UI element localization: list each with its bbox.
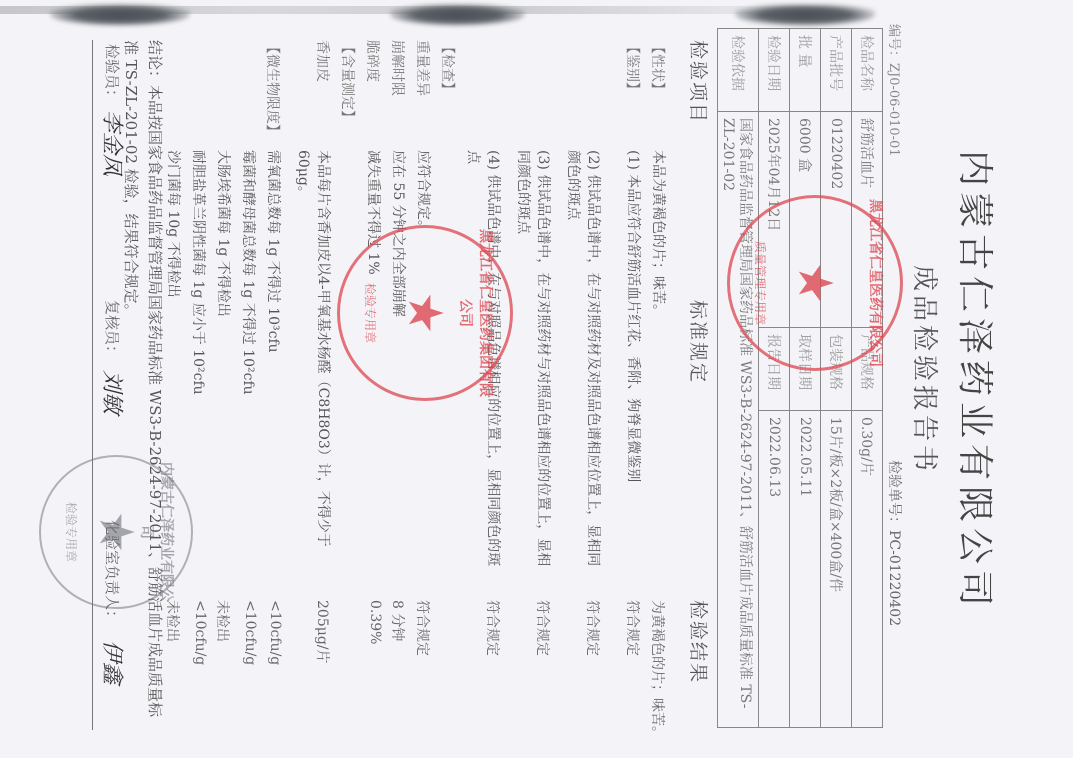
test-standard: 需氧菌总数每 1g 不得过 10³cfu [263,150,283,570]
test-item: 重量差异 [413,40,433,96]
info-row: 检品名称舒筋活血片产品规格0.30g/片 [852,29,883,728]
form-number: 编号：ZJ0-06-010-01 [886,24,905,157]
info-row: 批 量6000 盒取样日期2022.05.11 [790,29,821,728]
test-result: 8 分钟 [388,600,408,641]
test-result: 未检出 [213,600,233,642]
seal-subtext: 检验专用章 [63,457,80,607]
test-result: 符合规定 [533,600,553,656]
info-label: 检验日期 [759,29,790,112]
test-standard: 本品每片含香加皮以4-甲氧基水杨醛（C8H8O3）计，不得少于 60μg。 [293,150,333,570]
reviewer-label: 复核员： [102,300,123,360]
test-item: 【鉴别】 [623,40,643,96]
test-item: 香加皮 [313,40,333,82]
report-number: 检验单号：PC-01220402 [885,460,905,626]
signature-line [92,40,93,730]
info-value: 15片/板×2板/盒×400盒/件 [821,410,852,727]
test-standard: 耐胆盐革兰阴性菌每 1g 应小于 10²cfu [188,150,208,570]
gray-seal-company: 内蒙古仁泽药业有限公司 ★ 检验专用章 [39,455,193,609]
test-result: <10cfu/g [267,600,283,665]
info-value: 0.30g/片 [852,410,883,727]
test-standard: 霉菌和酵母菌总数每 1g 不得过 10²cfu [238,150,258,570]
qa-signature: 伊鑫 [98,640,129,684]
test-result: 符合规定 [483,600,503,656]
info-row: 检验日期2025年04月12日报告日期2022.06.13 [759,29,790,728]
test-standard: 大肠埃希菌每 1g 不得检出 [213,150,233,570]
heading-result: 检验结果 [686,600,713,684]
test-result: 符合规定 [413,600,433,656]
star-icon: ★ [397,291,453,334]
info-row: 产品批号01220402包装规格15片/板×2板/盒×400盒/件 [821,29,852,728]
star-icon: ★ [88,510,144,553]
heading-standard: 标准规定 [686,300,713,384]
test-item: 脆碎度 [363,40,383,82]
seal-subtext: 质量管理专用章 [752,198,769,368]
test-result: 符合规定 [583,600,603,656]
info-row: 检验依据国家食品药品监督管理局国家药品标准 WS3-B-2624-97-2011… [718,29,759,728]
test-standard: 本品为黄褐色的片；味苦。 [648,150,668,570]
test-result: 为黄褐色的片；味苦。 [648,600,668,740]
info-value: 2022.06.13 [759,410,790,727]
info-label: 检品名称 [852,29,883,112]
heading-test-items: 检验项目 [686,40,713,124]
test-item: 【检查】 [438,40,458,96]
info-label: 检验依据 [718,29,759,112]
test-result: <10cfu/g [242,600,258,665]
test-result: 205μg/片 [313,600,333,664]
info-value: 2022.05.11 [790,410,821,727]
test-item: 【含量测定】 [338,40,358,124]
test-result: <10cfu/g [192,600,208,665]
test-item: 崩解时限 [388,40,408,96]
inspector-signature: 李金凤 [98,110,129,176]
inspection-report-page: 内蒙古仁泽药业有限公司 成品检验报告书 编号：ZJ0-06-010-01 检验单… [0,0,1073,758]
seal-text: 内蒙古仁泽药业有限公司 [137,457,177,607]
info-label: 批 量 [790,29,821,112]
reviewer-signature: 刘敏 [98,370,129,414]
test-item: 【性状】 [648,40,668,96]
seal-text: 黑龙江省仁皇医药集团有限公司 [456,228,496,398]
seal-subtext: 检验专用章 [362,228,379,398]
red-seal-inspection: 黑龙江省仁皇医药集团有限公司 ★ 检验专用章 [337,225,513,401]
test-item: 【微生物限度】 [263,40,283,138]
test-result: 符合规定 [623,600,643,656]
seal-text: 黑龙江省仁皇医药有限公司 [866,198,886,368]
test-standard: (1) 本品应符合舒筋活血片红花、香附、狗脊显微鉴别 [623,150,643,570]
info-label: 产品批号 [821,29,852,112]
company-name: 内蒙古仁泽药业有限公司 [952,150,1003,612]
star-icon: ★ [787,261,843,304]
test-result: 0.39% [367,600,383,644]
document-title: 成品检验报告书 [908,265,945,475]
red-seal-quality: 黑龙江省仁皇医药有限公司 ★ 质量管理专用章 [727,195,903,371]
product-info-table: 检品名称舒筋活血片产品规格0.30g/片产品批号01220402包装规格15片/… [717,28,883,728]
inspector-label: 检验员： [102,44,123,104]
test-standard: (3) 供试品色谱中，在与对照药材与对照品色谱相应的位置上，显相同颜色的斑点 [513,150,553,570]
test-standard: (2) 供试品色谱中，在与对照药材及对照品色谱相应位置上，显相同颜色的斑点 [563,150,603,570]
